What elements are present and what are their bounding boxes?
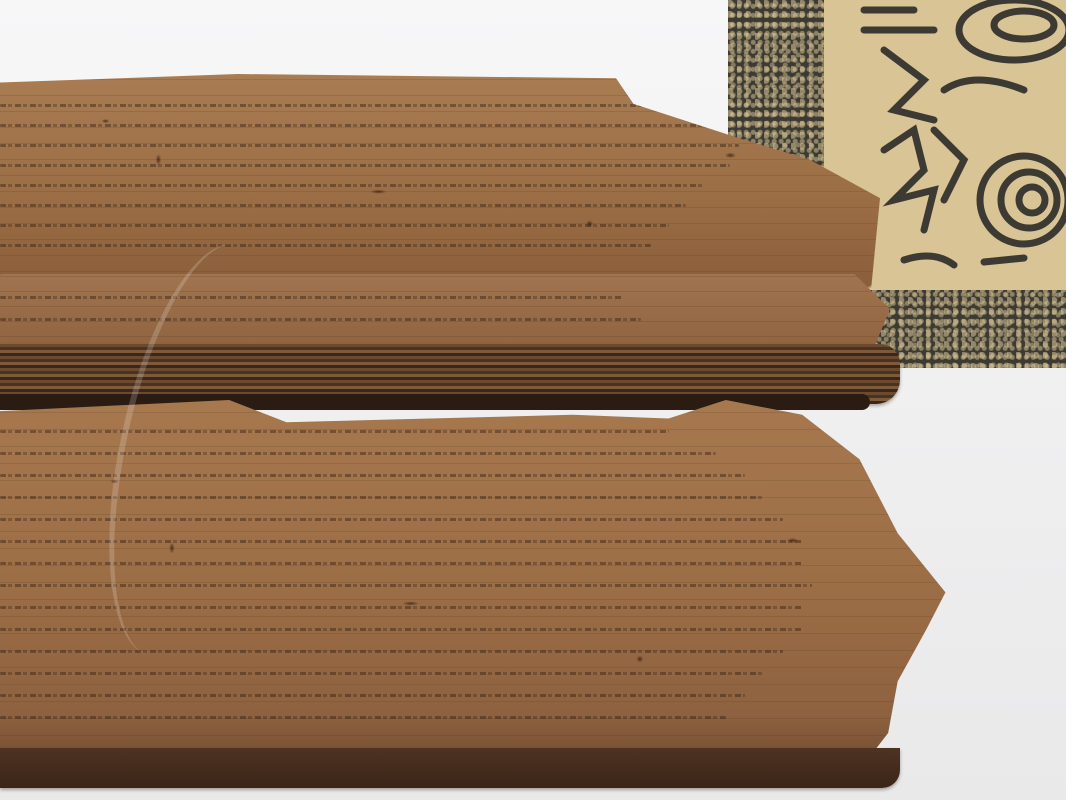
image-description: Stack of ancient palm-leaf manuscript le… [0,0,1,1]
palm-leaf-manuscript [0,68,960,788]
manuscript-base-edge [0,748,900,788]
manuscript-second-leaf [0,274,890,352]
photo-scene: Stack of ancient palm-leaf manuscript le… [0,0,1066,800]
manuscript-top-leaf [0,74,880,288]
manuscript-bottom-leaf [0,400,955,770]
